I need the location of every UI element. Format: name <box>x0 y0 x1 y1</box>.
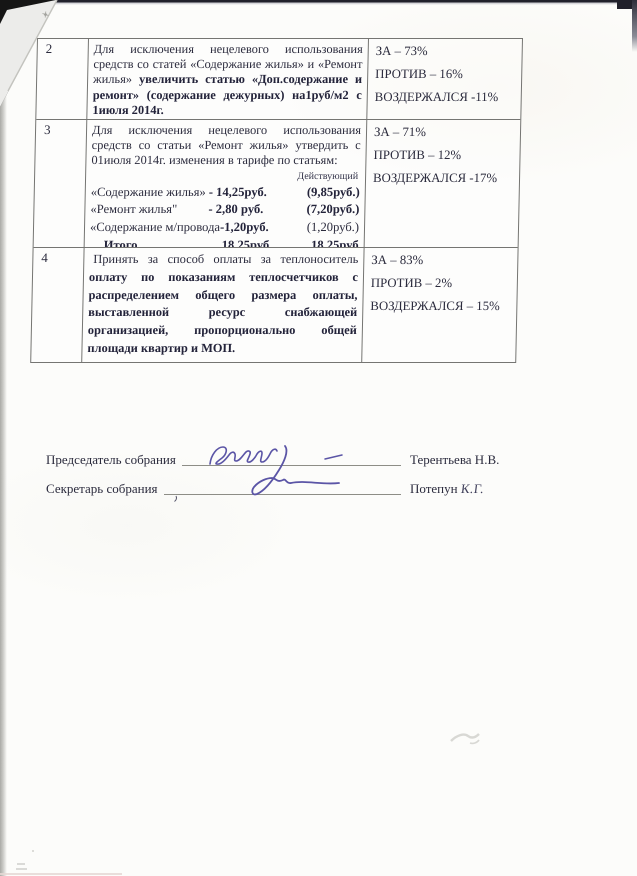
row-number: 2 <box>36 39 89 119</box>
resolution-segment-bold: оплату по показаниям теплосчетчиков с ра… <box>87 270 358 355</box>
row-number: 4 <box>31 248 84 362</box>
scan-top-edge <box>0 0 637 5</box>
vote-protiv: ПРОТИВ – 16% <box>375 67 519 81</box>
secretary-surname: Потепун <box>410 481 458 496</box>
tariff-total-line: Итого 18,25руб. 18,25руб <box>89 237 358 247</box>
signature-block: Председатель собрания Терентьева Н.В. Се… <box>46 451 514 509</box>
tariff-old-value: (9,85руб.) <box>280 184 360 202</box>
chairman-role-label: Председатель собрания <box>46 452 176 467</box>
vote-za: ЗА – 71% <box>374 125 518 139</box>
scanned-page: 2 Для исключения нецелевого использовани… <box>0 0 637 876</box>
faint-bottom-left-marks <box>16 850 34 869</box>
tariff-name: «Содержание жилья» <box>91 184 209 202</box>
secretary-name: Потепун К.Г. <box>410 481 514 496</box>
scan-left-edge <box>0 0 7 876</box>
tariff-total-new: 18,25руб. <box>221 237 278 247</box>
vote-vozderzhalsya: ВОЗДЕРЖАЛСЯ -11% <box>375 90 519 104</box>
tariff-old-value: (7,20руб.) <box>279 201 359 219</box>
tariff-name: «Ремонт жилья" <box>90 201 208 219</box>
row-number: 3 <box>34 120 88 247</box>
resolutions-table: 2 Для исключения нецелевого использовани… <box>30 38 523 363</box>
vote-protiv: ПРОТИВ – 2% <box>371 276 515 290</box>
vote-results: ЗА – 71% ПРОТИВ – 12% ВОЗДЕРЖАЛСЯ -17% <box>365 120 523 247</box>
secretary-initials: К.Г. <box>460 481 485 496</box>
tariff-line: «Содержание жилья» - 14,25руб. (9,85руб.… <box>91 184 360 202</box>
tariff-name: «Содержание м/провода <box>90 219 220 237</box>
vote-vozderzhalsya: ВОЗДЕРЖАЛСЯ – 15% <box>370 299 514 313</box>
tariff-new-value: - 14,25руб. <box>209 184 280 202</box>
secretary-signature-line <box>164 480 401 495</box>
tariff-line: «Содержание м/провода -1,20руб. (1,20руб… <box>90 219 359 237</box>
tariff-old-value: (1,20руб.) <box>279 219 359 237</box>
resolution-text: Для исключения нецелевого использования … <box>87 39 369 119</box>
vote-protiv: ПРОТИВ – 12% <box>373 148 517 162</box>
scan-top-right-shadow <box>632 0 637 52</box>
table-row: 3 Для исключения нецелевого использовани… <box>34 119 521 247</box>
tariff-total-old: 18,25руб <box>278 237 358 247</box>
table-row: 2 Для исключения нецелевого использовани… <box>36 39 522 119</box>
vote-za: ЗА – 73% <box>376 44 520 58</box>
chairman-signature-line <box>182 451 401 466</box>
resolution-segment: Принять за способ оплаты за теплоносител… <box>93 252 358 266</box>
chairman-signature-row: Председатель собрания Терентьева Н.В. <box>46 451 514 467</box>
faint-pencil-mark <box>451 734 479 743</box>
resolution-text: Для исключения нецелевого использования … <box>85 120 368 247</box>
chairman-name: Терентьева Н.В. <box>410 452 514 467</box>
vote-za: ЗА – 83% <box>371 253 515 267</box>
table-row: 4 Принять за способ оплаты за теплоносит… <box>31 247 517 362</box>
resolution-segment: Для исключения нецелевого использования … <box>91 123 361 167</box>
vote-vozderzhalsya: ВОЗДЕРЖАЛСЯ -17% <box>373 171 517 185</box>
tariff-total-label: Итого <box>89 237 221 247</box>
tariff-new-value: -1,20руб. <box>220 219 269 237</box>
vote-results: ЗА – 83% ПРОТИВ – 2% ВОЗДЕРЖАЛСЯ – 15% <box>362 248 519 362</box>
small-ink-speck <box>43 12 49 18</box>
scan-bottom-edge <box>0 873 122 875</box>
secretary-signature-row: Секретарь собрания Потепун К.Г. <box>46 480 514 496</box>
resolution-text: Принять за способ оплаты за теплоносител… <box>82 248 364 362</box>
tariff-line: «Ремонт жилья" - 2,80 руб. (7,20руб.) <box>90 201 359 219</box>
tariff-column-header: Действующий <box>91 171 358 182</box>
vote-results: ЗА – 73% ПРОТИВ – 16% ВОЗДЕРЖАЛСЯ -11% <box>367 39 524 119</box>
tariff-new-value: - 2,80 руб. <box>208 201 279 219</box>
secretary-role-label: Секретарь собрания <box>46 481 158 496</box>
